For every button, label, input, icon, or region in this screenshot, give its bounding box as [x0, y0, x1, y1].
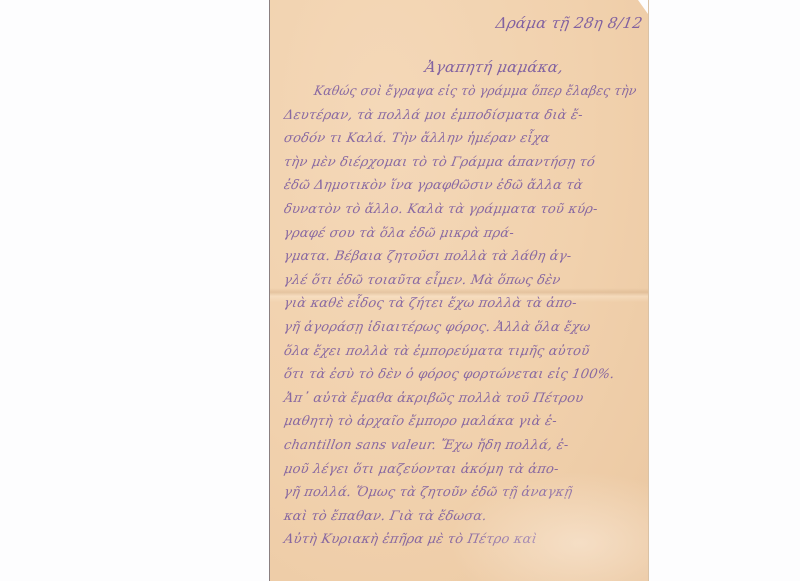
- handwritten-line: γιὰ καθὲ εἶδος τὰ ζήτει ἔχω πολλὰ τὰ ἀπο…: [283, 296, 578, 311]
- handwritten-line: chantillon sans valeur. Ἔχω ἤδη πολλά, ἐ…: [283, 438, 570, 453]
- handwritten-line: σοδόν τι Καλά. Τὴν ἄλλην ἡμέραν εἶχα: [283, 131, 551, 146]
- handwritten-line: γῆ ἀγοράσῃ ἰδιαιτέρως φόρος. Ἀλλὰ ὅλα ἔχ…: [283, 320, 592, 335]
- date-line: Δράμα τῇ 28η 8/12: [494, 14, 644, 32]
- handwritten-line: Ἀπ᾿ αὐτὰ ἔμαθα ἀκριβῶς πολλὰ τοῦ Πέτρου: [283, 391, 585, 406]
- page-corner-fold: [638, 0, 648, 14]
- handwritten-line: ὅλα ἔχει πολλὰ τὰ ἐμπορεύματα τιμῆς αὐτο…: [283, 344, 591, 359]
- handwritten-line: Δευτέραν, τὰ πολλά μοι ἐμποδίσματα διὰ ἔ…: [283, 108, 584, 123]
- handwritten-line: γῆ πολλά. Ὅμως τὰ ζητοῦν ἐδῶ τῇ ἀναγκῇ: [283, 485, 574, 500]
- handwritten-line: γραφέ σου τὰ ὅλα ἐδῶ μικρὰ πρά-: [283, 226, 516, 241]
- handwritten-line: Αὐτὴ Κυριακὴ ἐπῆρα μὲ τὸ Πέτρο καὶ: [283, 532, 539, 547]
- greeting: Ἀγαπητή μαμάκα,: [423, 58, 565, 76]
- handwritten-line: ἐδῶ Δημοτικὸν ἵνα γραφθῶσιν ἐδῶ ἄλλα τὰ: [283, 178, 584, 193]
- handwritten-line: μοῦ λέγει ὅτι μαζεύονται ἀκόμη τὰ ἀπο-: [283, 462, 560, 477]
- handwritten-line: ὅτι τὰ ἐσὺ τὸ δὲν ὁ φόρος φορτώνεται εἰς…: [283, 367, 616, 382]
- letter-page: Δράμα τῇ 28η 8/12 Ἀγαπητή μαμάκα, Καθώς …: [270, 0, 648, 581]
- handwritten-line: δυνατὸν τὸ ἄλλο. Καλὰ τὰ γράμματα τοῦ κύ…: [283, 202, 599, 217]
- handwritten-line: γματα. Βέβαια ζητοῦσι πολλὰ τὰ λάθη ἀγ-: [283, 249, 573, 264]
- handwritten-line: μαθητὴ τὸ ἀρχαῖο ἔμπορο μαλάκα γιὰ ἑ-: [283, 414, 559, 429]
- handwritten-line: τὴν μὲν διέρχομαι τὸ τὸ Γράμμα ἀπαντήσῃ …: [283, 155, 597, 170]
- scanned-document: Δράμα τῇ 28η 8/12 Ἀγαπητή μαμάκα, Καθώς …: [0, 0, 800, 581]
- handwritten-line: Καθώς σοὶ ἔγραψα εἰς τὸ γράμμα ὅπερ ἔλαβ…: [313, 84, 638, 99]
- handwritten-line: γλέ ὅτι ἐδῶ τοιαῦτα εἶμεν. Μὰ ὅπως δὲν: [283, 273, 562, 288]
- handwritten-line: καὶ τὸ ἔπαθαν. Γιὰ τὰ ἔδωσα.: [283, 509, 488, 524]
